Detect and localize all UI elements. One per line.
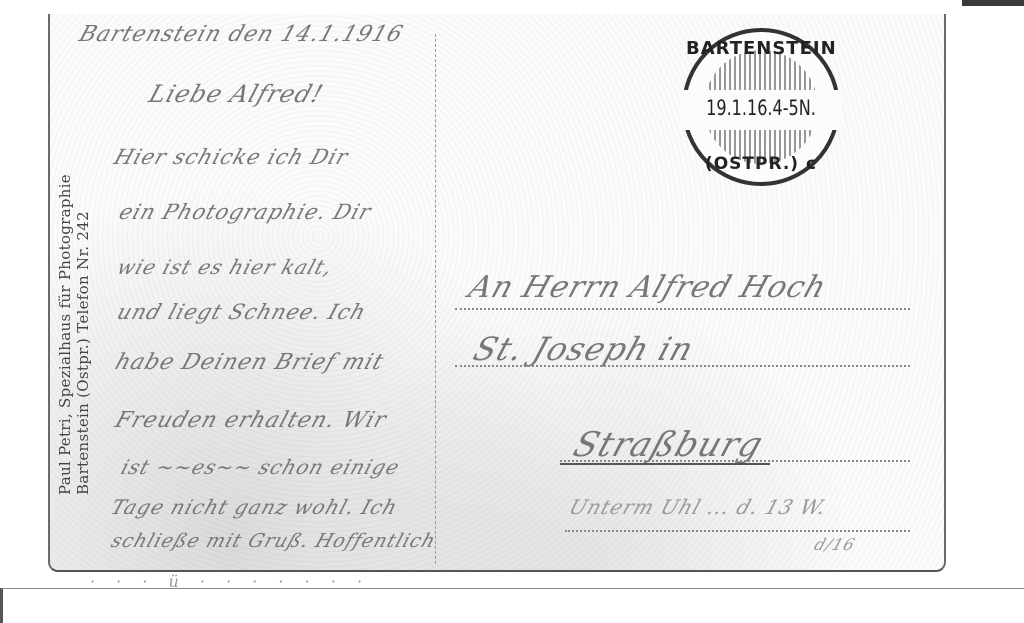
- message-line: Tage nicht ganz wohl. Ich: [108, 495, 401, 519]
- imprint-line-1: Paul Petri, Spezialhaus für Photographie: [56, 174, 74, 495]
- address-dotted-line-4: [565, 530, 910, 532]
- message-line: ist ~~es~~ schon einige: [118, 455, 403, 479]
- center-divider: [435, 34, 436, 564]
- address-dotted-line-1: [455, 308, 910, 310]
- postmark-stamp: BARTENSTEIN 19.1.16.4-5N. (OSTPR.) c: [682, 28, 840, 186]
- address-line-3: Straßburg: [569, 425, 769, 465]
- message-line: ein Photographie. Dir: [116, 200, 375, 224]
- message-line: Hier schicke ich Dir: [111, 145, 352, 169]
- imprint-line-2: Bartenstein (Ostpr.) Telefon Nr. 242: [74, 174, 92, 495]
- message-place-date: Bartenstein den 14.1.1916: [76, 22, 407, 47]
- message-line: und liegt Schnee. Ich: [114, 300, 369, 324]
- message-line: schließe mit Gruß. Hoffentlich: [108, 530, 438, 552]
- message-line: Freuden erhalten. Wir: [112, 408, 390, 433]
- address-underline: [560, 463, 770, 465]
- message-salutation: Liebe Alfred!: [145, 80, 327, 108]
- message-line: habe Deinen Brief mit: [112, 350, 387, 375]
- message-line: wie ist es hier kalt,: [114, 255, 336, 279]
- address-line-5: d/16: [812, 535, 858, 554]
- address-line-4: Unterm Uhl ... d. 13 W.: [566, 495, 830, 519]
- postmark-town: BARTENSTEIN: [686, 38, 836, 59]
- address-line-1: An Herrn Alfred Hoch: [464, 270, 831, 305]
- address-dotted-line-2: [455, 365, 910, 367]
- address-line-2: St. Joseph in: [469, 330, 699, 368]
- bottom-paper-strip: [0, 588, 1024, 623]
- postmark-date: 19.1.16.4-5N.: [697, 96, 825, 120]
- postmark-region: (OSTPR.) c: [686, 154, 836, 174]
- scan-edge-mark: [962, 0, 1024, 6]
- address-dotted-line-3: [560, 460, 910, 462]
- publisher-imprint: Paul Petri, Spezialhaus für Photographie…: [56, 174, 92, 495]
